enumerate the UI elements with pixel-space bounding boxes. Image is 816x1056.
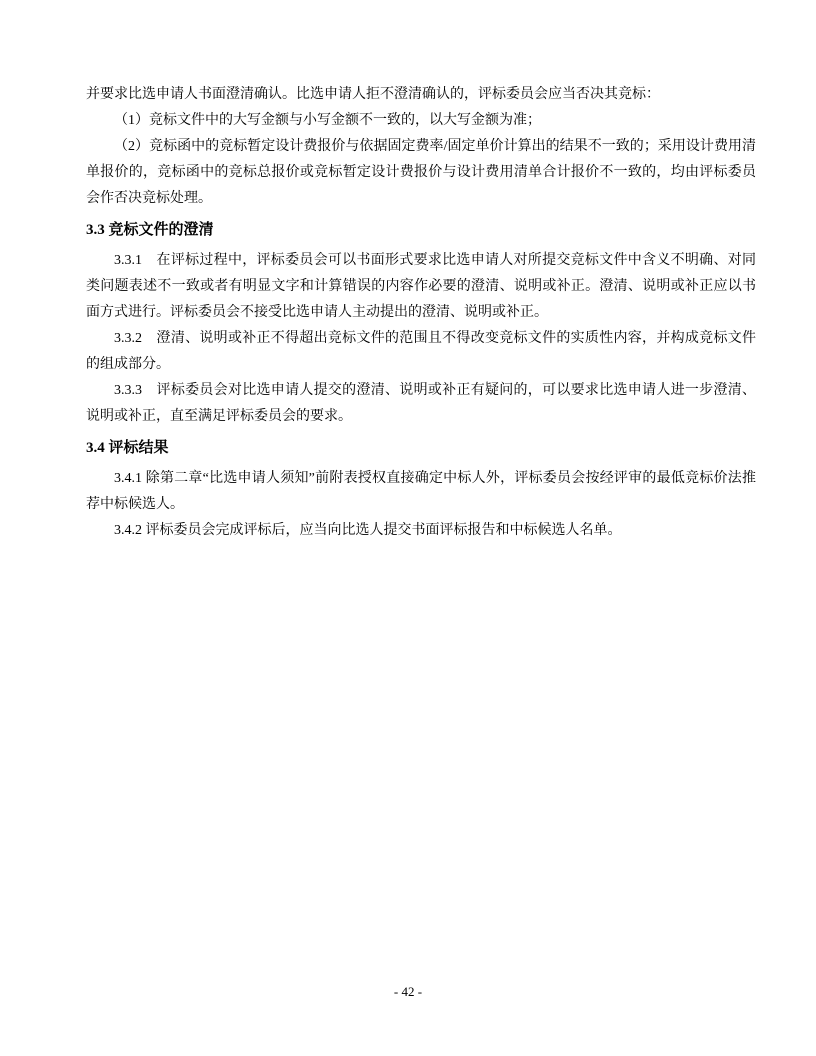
- clause-item-2: （2）竞标函中的竞标暂定设计费报价与依据固定费率/固定单价计算出的结果不一致的；…: [86, 134, 756, 212]
- paragraph-carryover: 并要求比选申请人书面澄清确认。比选申请人拒不澄清确认的，评标委员会应当否决其竞标…: [86, 82, 756, 108]
- clause-3-3-3: 3.3.3 评标委员会对比选申请人提交的澄清、说明或补正有疑问的，可以要求比选申…: [86, 378, 756, 430]
- page-footer: - 42 -: [0, 984, 816, 1000]
- page-number: - 42 -: [394, 984, 422, 999]
- clause-3-3-1: 3.3.1 在评标过程中，评标委员会可以书面形式要求比选申请人对所提交竞标文件中…: [86, 248, 756, 326]
- clause-3-4-2: 3.4.2 评标委员会完成评标后，应当向比选人提交书面评标报告和中标候选人名单。: [86, 518, 756, 544]
- clause-3-3-2: 3.3.2 澄清、说明或补正不得超出竞标文件的范围且不得改变竞标文件的实质性内容…: [86, 326, 756, 378]
- section-heading-3-4: 3.4 评标结果: [86, 435, 756, 461]
- clause-item-1: （1）竞标文件中的大写金额与小写金额不一致的，以大写金额为准；: [86, 108, 756, 134]
- section-heading-3-3: 3.3 竞标文件的澄清: [86, 217, 756, 243]
- document-body: 并要求比选申请人书面澄清确认。比选申请人拒不澄清确认的，评标委员会应当否决其竞标…: [86, 82, 756, 544]
- document-page: 并要求比选申请人书面澄清确认。比选申请人拒不澄清确认的，评标委员会应当否决其竞标…: [0, 0, 816, 1056]
- clause-3-4-1: 3.4.1 除第二章“比选申请人须知”前附表授权直接确定中标人外，评标委员会按经…: [86, 466, 756, 518]
